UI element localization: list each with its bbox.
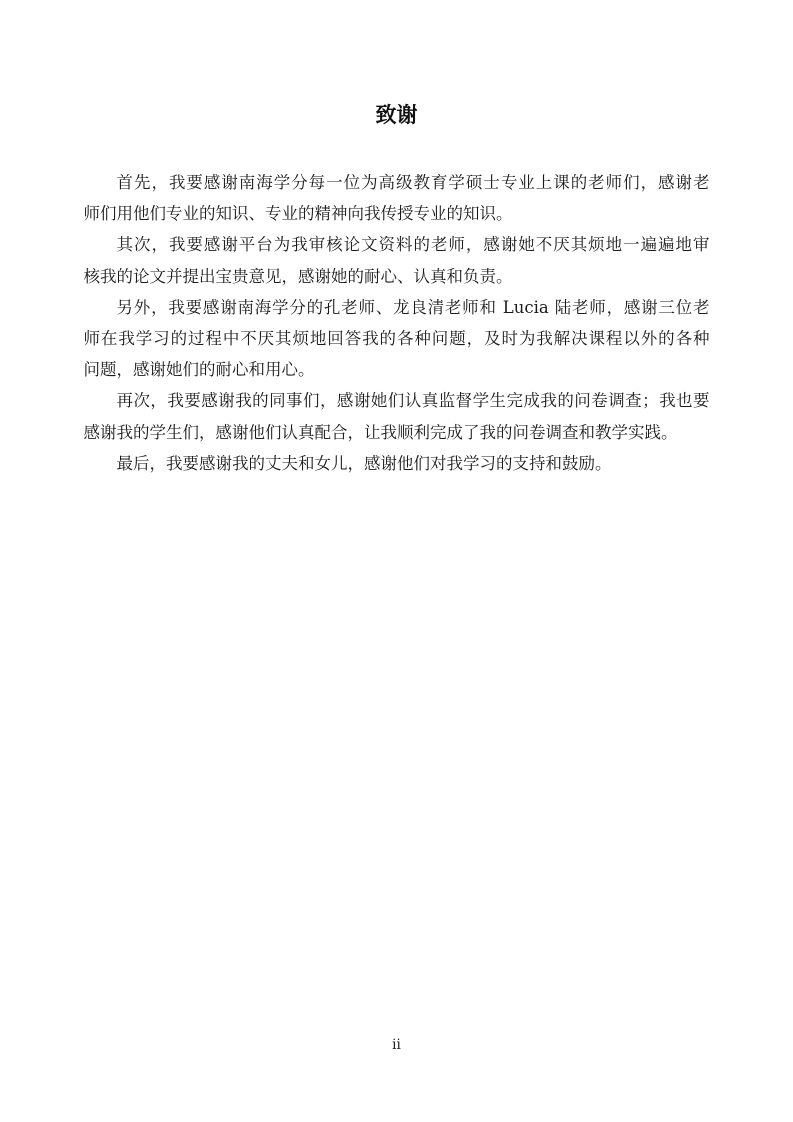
paragraph-line: 首先，我要感谢南海学分每一位为高级教育学硕士专业上课的老师们，感谢老 xyxy=(84,167,710,198)
paragraph-line: 其次，我要感谢平台为我审核论文资料的老师，感谢她不厌其烦地一遍遍地审 xyxy=(84,229,710,260)
paragraph-line: 核我的论文并提出宝贵意见，感谢她的耐心、认真和负责。 xyxy=(84,261,710,292)
paragraph-line: 师们用他们专业的知识、专业的精神向我传授专业的知识。 xyxy=(84,198,710,229)
paragraph-line: 再次，我要感谢我的同事们，感谢她们认真监督学生完成我的问卷调查；我也要 xyxy=(84,385,710,416)
paragraph-line: 另外，我要感谢南海学分的孔老师、龙良清老师和 Lucia 陆老师，感谢三位老 xyxy=(84,292,710,323)
paragraph-line: 感谢我的学生们，感谢他们认真配合，让我顺利完成了我的问卷调查和教学实践。 xyxy=(84,417,710,448)
document-page: 致谢 首先，我要感谢南海学分每一位为高级教育学硕士专业上课的老师们，感谢老 师们… xyxy=(0,0,793,1122)
acknowledgments-body: 首先，我要感谢南海学分每一位为高级教育学硕士专业上课的老师们，感谢老 师们用他们… xyxy=(84,167,710,479)
page-title: 致谢 xyxy=(0,0,793,128)
paragraph-line: 最后，我要感谢我的丈夫和女儿，感谢他们对我学习的支持和鼓励。 xyxy=(84,448,710,479)
paragraph-line: 师在我学习的过程中不厌其烦地回答我的各种问题，及时为我解决课程以外的各种 xyxy=(84,323,710,354)
paragraph-line: 问题，感谢她们的耐心和用心。 xyxy=(84,354,710,385)
page-number: ii xyxy=(0,1036,793,1054)
